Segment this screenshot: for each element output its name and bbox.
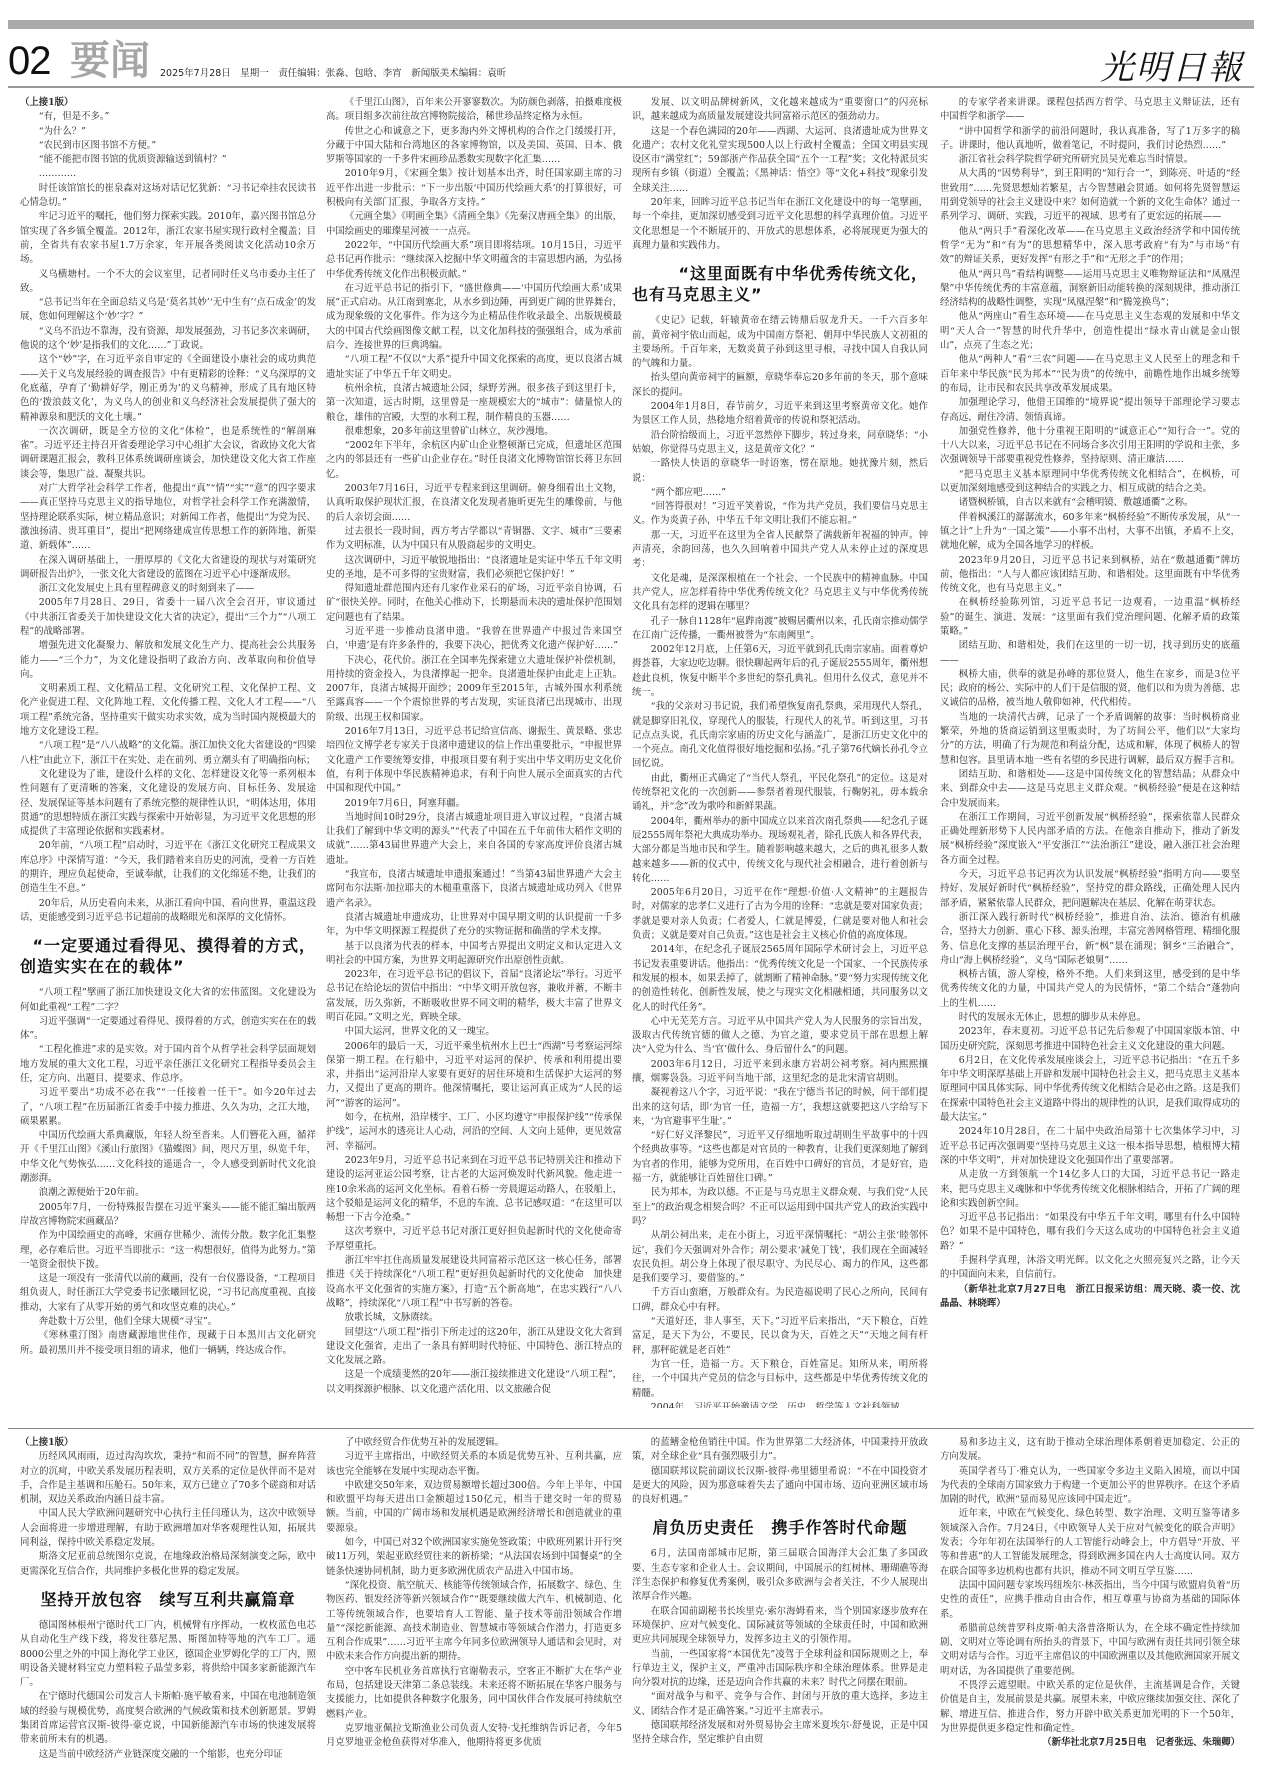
paragraph: 他从“两只手”看深化改革——在马克思主义政治经济学和中国传统哲学“无为”和“有为… — [940, 225, 1240, 268]
paragraph: 在联合国前副秘书长埃里克·索尔海姆看来，当个别国家逐步放弃在环境保护、应对气候变… — [632, 1605, 928, 1648]
paragraph: 浙江省社会科学院哲学研究所研究员吴光难忘当时情景。 — [940, 153, 1240, 167]
paragraph: 浙江深入践行新时代“枫桥经验”，推进自治、法治、德治有机融合，坚持大力创新、重心… — [940, 911, 1240, 968]
paragraph: 德国联邦经济发展和对外贸易协会主席米夏埃尔·舒曼说，正是中国坚持全球合作，坚定维… — [632, 1719, 928, 1748]
paragraph: 对广大哲学社会科学工作者，他提出“真”“情”“实”“意”的四字要求——真正坚持马… — [20, 482, 316, 553]
paragraph: “为什么？” — [20, 125, 316, 139]
article1-column-4: 的专家学者来讲课。课程包括西方哲学、马克思主义辩证法，还有中国哲学和浙学——“讲… — [940, 96, 1240, 1408]
paragraph: 牢记习近平的嘱托，他们努力探索实践。2010年，嘉兴图书馆总分馆实现了各乡镇全覆… — [20, 210, 316, 267]
paragraph: 从走放一方到领航一个14亿多人口的大国，习近平总书记一路走来，把马克思主义魂脉和… — [940, 1168, 1240, 1211]
paragraph: 从胡公祠出来，走在小街上，习近平深情嘱托：“胡公主张‘睦邻怀远’，我们今天强调对… — [632, 1229, 928, 1286]
paragraph: 增强先进文化凝聚力、解放和发展文化生产力、提高社会公共服务能力——“三个力”，为… — [20, 639, 316, 682]
paragraph: 奔赴数十万公里，他们全球大规模“寻宝”。 — [20, 1315, 316, 1329]
paragraph: 20年来，回眸习近平总书记当年在浙江文化建设中的每一笔擘画，每一个牵挂，更加深切… — [632, 196, 928, 253]
article2-column-2: 了中欧经贸合作优势互补的发展逻辑。习近平主席指出，中欧经贸关系的本质是优势互补、… — [326, 1436, 622, 1786]
paragraph: 斯洛文尼亚前总统图尔克说，在地缘政治格局深刻演变之际，欧中更需深化互信合作，共同… — [20, 1550, 316, 1579]
paragraph: 他从“两座山”看生态环境——在马克思主义生态观的发展和中华文明“天人合一”智慧的… — [940, 310, 1240, 353]
paragraph: 近年来，中欧在气候变化、绿色转型、数字治理、文明互鉴等诸多领域深入合作。7月24… — [940, 1507, 1240, 1578]
paragraph: 德国联邦议院前副议长汉斯-彼得·弗里德里希说：“不在中国投资才是更大的风险，因为… — [632, 1465, 928, 1508]
paragraph: 这是一个成绩斐然的20年——浙江接续推进文化建设“八项工程”，以文明探源护根脉、… — [326, 1368, 622, 1397]
masthead: 02 要闻 2025年7月28日 星期一 责任编辑：张淼、包晗、李宵 新闻版美术… — [8, 38, 1254, 84]
paragraph: 抬头望向黄帝祠宇的匾额，章晓华奉忘20多年前的冬天，那个意味深长的提问。 — [632, 371, 928, 400]
paragraph: 《寒林重汀图》南唐藏源地世佳作，现藏于日本黑川古文化研究所。最初黑川并不接受项目… — [20, 1329, 316, 1358]
article2-column-4: 易和多边主义，这有助于推动全球治理体系朝着更加稳定、公正的方向发展。英国学者马丁… — [940, 1436, 1240, 1786]
paragraph: 2014年，在纪念孔子诞辰2565周年国际学术研讨会上，习近平总书记发表重要讲话… — [632, 943, 928, 1014]
paragraph: 义乌横塘村。一个不大的会议室里，记者同时任义乌市委办主任了致。 — [20, 268, 316, 297]
paragraph: 从大禹的“因势利导”，到王阳明的“知行合一”，到陈亮、叶适的“经世致用”……先贤… — [940, 167, 1240, 224]
article1-col3-top: 发展、以文明品牌树新风，文化越来越成为“重要窗口”的闪亮标识，越来越成为高质量发… — [632, 96, 928, 253]
paragraph: 2024年10月28日，在二十届中央政治局第十七次集体学习中，习近平总书记再次强… — [940, 1125, 1240, 1168]
dateline: 2025年7月28日 星期一 责任编辑：张淼、包晗、李宵 新闻版美术编辑：袁昕 — [160, 65, 506, 79]
paragraph: 他从“两种人”看“三农”问题——在马克思主义人民至上的理念和千百年来中华民族“民… — [940, 353, 1240, 396]
paragraph: 回望这“八项工程”指引下所走过的这20年，浙江从建设文化大省到建设文化强省，走出… — [326, 1326, 622, 1369]
paragraph: 这个“妙”字，在习近平亲自审定的《全面建设小康社会的成功典范——关于义乌发展经验… — [20, 353, 316, 424]
paragraph: 的专家学者来讲课。课程包括西方哲学、马克思主义辩证法，还有中国哲学和浙学—— — [940, 96, 1240, 125]
article1-column-1: （上接1版） “有，但是不多。”“为什么？”“农民到市区图书馆不方便。”“能不能… — [20, 96, 316, 1408]
paragraph: 中国历代绘画大系典藏版，年轻人纷至沓来。人们簪花入画，循祥开《千里江山图》《溪山… — [20, 1129, 316, 1186]
paragraph: 习近平主席指出，中欧经贸关系的本质是优势互补、互利共赢，应该也完全能够在发展中实… — [326, 1450, 622, 1479]
paragraph: 的蓝鳍金枪鱼销往中国。作为世界第二大经济体，中国秉持开放政策，对全球企业“具有强… — [632, 1436, 928, 1465]
paragraph: 过去很长一段时间，西方考古学都以“青铜器、文字、城市”三要素作为文明标准，认为中… — [326, 525, 622, 554]
article-separator — [8, 1428, 1254, 1429]
paragraph: 中国人民大学欧洲问题研究中心执行主任闫瑾认为，这次中欧领导人会面将进一步增进理解… — [20, 1507, 316, 1550]
article2-col1-bottom: 德国图林根州宁德时代工厂内，机械臂有序挥动，一枚枚蓝色电芯从自动化生产线下线，将… — [20, 1619, 316, 1762]
paragraph: 2022年，“中国历代绘画大系”项目即将结项。10月15日，习近平总书记再作批示… — [326, 239, 622, 282]
paragraph: “深化投资、航空航天、核能等传统领域合作，拓展数字、绿色、生物医药、银发经济等新… — [326, 1579, 622, 1665]
article1-heading-1: “一定要通过看得见、摸得着的方式， 创造实实在在的载体” — [20, 935, 316, 977]
paragraph: 了中欧经贸合作优势互补的发展逻辑。 — [326, 1436, 622, 1450]
paragraph: 习近平要出“功成不必在我”“一任接着一任干”。如今20年过去了，“八项工程”在历… — [20, 1086, 316, 1129]
paragraph: “面对战争与和平、竞争与合作、封闭与开放的重大选择，多边主义、团结合作才是正确答… — [632, 1690, 928, 1719]
paragraph: 如今，中国已对32个欧洲国家实施免签政策；中欧班列累计开行突破11万列，架起亚欧… — [326, 1536, 622, 1579]
paragraph: 6月，法国南部城市尼斯，第三届联合国海洋大会汇集了多国政要、生态专家和企业人士。… — [632, 1547, 928, 1604]
masthead-rule — [8, 86, 1254, 88]
paragraph: 基于以良渚为代表的样本，中国考古界提出文明定义和认定进入文明社会的中国方案，为世… — [326, 940, 622, 969]
paragraph: 良渚古城遗址申遗成功，让世界对中国早期文明的认识提前一千多年，为中华文明探源工程… — [326, 911, 622, 940]
paragraph: 文化是魂，是深深根植在一个社会、一个民族中的精神血脉。中国共产党人，应怎样看待中… — [632, 572, 928, 615]
paragraph: “2002年下半年，余杭区内矿山企业整顿渐已完成，但遗址区范围之内的邻县还有一些… — [326, 439, 622, 482]
paragraph: 很难想象，20多年前这里曾矿山林立，灰沙漫地。 — [326, 425, 622, 439]
paragraph: 在浙江工作期间，习近平创新发展“枫桥经验”，探索依靠人民群众正确处理新形势下人民… — [940, 811, 1240, 868]
paragraph: 克罗地亚佩拉戈斯渔业公司负责人安特·戈托维纳告诉记者，今年5月克罗地亚金枪鱼获得… — [326, 1722, 622, 1751]
article2-col1-top: 历经风风雨雨，迈过沟沟坎坎，秉持“和而不同”的智慧，摒弃阵营对立的沉疴，中欧关系… — [20, 1450, 316, 1579]
paragraph: 习近平总书记指出：“如果没有中华五千年文明，哪里有什么中国特色？如果不是中国特色… — [940, 1211, 1240, 1254]
paragraph: 浙江文化发展史上具有里程碑意义的时刻到来了—— — [20, 582, 316, 596]
paragraph: 这是当前中欧经济产业链深度交融的一个缩影，也充分印证 — [20, 1748, 316, 1762]
paragraph: 作为中国绘画史的高峰，宋画存世稀少、流传分散。数字化汇集整理，必存难后世。习近平… — [20, 1229, 316, 1272]
paragraph: 这是一个春色满园的20年——西湖、大运河、良渚遗址成为世界文化遗产；农村文化礼堂… — [632, 125, 928, 196]
paragraph: “有，但是不多。” — [20, 110, 316, 124]
paragraph: “我的父亲对习书记说，我们希望恢复南孔祭典，采用现代人祭孔，就是脚穿旧礼仪，穿现… — [632, 700, 928, 771]
paragraph: 易和多边主义，这有助于推动全球治理体系朝着更加稳定、公正的方向发展。 — [940, 1436, 1240, 1465]
paragraph: 加强党性修养，他十分重视王阳明的“诚意正心”“知行合一”。党的十八大以来，习近平… — [940, 425, 1240, 468]
paragraph: 时代的发展永无休止，思想的脚步从未停息。 — [940, 1011, 1240, 1025]
paragraph: 今天，习近平总书记再次为认识发展“枫桥经验”指明方向——要坚持好、发展好新时代“… — [940, 868, 1240, 911]
paragraph: 当地的一块清代古碑，记录了一个矛盾调解的故事：当时枫桥商业繁荣，外地的货商运销到… — [940, 711, 1240, 768]
paragraph: 《史记》记载，轩辕黄帝在缙云铸鼎后驭龙升天。一千六百多年前，黄帝祠宇依山而起，成… — [632, 314, 928, 371]
paragraph: 2003年6月12日，习近平来到永康方岩胡公祠考察。祠内熙熙攘攘，烟雾袅袅。习近… — [632, 1058, 928, 1087]
paragraph: 凝视着这八个字，习近平说：“我在宁德当书记的时候，问干部们提出来的这句话，即‘为… — [632, 1086, 928, 1129]
paragraph: 2003年7月16日，习近平专程来到这里调研。俯身细看出土文物，认真听取保护现状… — [326, 482, 622, 525]
article2-col4-body: 易和多边主义，这有助于推动全球治理体系朝着更加稳定、公正的方向发展。英国学者马丁… — [940, 1436, 1240, 1736]
top-color-bar — [8, 20, 1254, 29]
newspaper-logo: 光明日報 — [1100, 40, 1244, 89]
paragraph: “讲中国哲学和浙学的前沿问题时，我认真准备，写了1万多字的稿子。讲课时，他认真地… — [940, 125, 1240, 154]
paragraph: 在习近平总书记的指引下，“盛世修典——‘中国历代绘画大系’成果展”正式启动。从江… — [326, 282, 622, 353]
paragraph: 20年后，从历史看向未来，从浙江看向中国、看向世界，重温这段话，更能感受到习近平… — [20, 897, 316, 926]
paragraph: 浙江牢牢扛住高质量发展建设共同富裕示范区这一核心任务，部署推进《关于持续深化“八… — [326, 1254, 622, 1311]
article1-byline: （新华社北京7月27日电 浙江日报采访组：周天晓、裘一佼、沈晶晶、林晓晖） — [940, 1283, 1240, 1312]
article2-byline: （新华社北京7月25日电 记者张远、朱瑞卿） — [940, 1736, 1240, 1750]
paragraph: 这是一项没有一张清代以前的藏画，没有一台仪器设备，“工程项目组负责人，时任浙江大… — [20, 1272, 316, 1315]
paragraph: 当前，一些国家将“本国优先”凌驾于全球利益和国际规则之上，奉行单边主义，保护主义… — [632, 1648, 928, 1691]
article1-heading-2: “这里面既有中华优秀传统文化， 也有马克思主义” — [632, 263, 928, 305]
article1-col1-top: “有，但是不多。”“为什么？”“农民到市区图书馆不方便。”“能不能把市图书馆的优… — [20, 110, 316, 925]
paragraph: 2006年的最后一天，习近平乘坐杭州水上巴士“西湖”号考察运河综保第一期工程。在… — [326, 1040, 622, 1111]
paragraph: 2004年，衢州举办的新中国成立以来首次南孔祭典——纪念孔子诞辰2555周年祭祀… — [632, 815, 928, 886]
continued-label: （上接1版） — [20, 96, 316, 110]
paragraph: 习近平进一步推动良渚申遗。“我曾在世界遗产中报过告来国空白，‘申遗’是有许多条件… — [326, 625, 622, 654]
paragraph: 2005年7月28日、29日，省委十一届八次全会召开，审议通过《中共浙江省委关于… — [20, 596, 316, 639]
paragraph: 20年前，“八项工程”启动时，习近平在《浙江文化研究工程成果文库总序》中深情写道… — [20, 839, 316, 896]
paragraph: “八项工程”不仅以“大系”提升中国文化探索的高度，更以良渚古城遗址实证了中华五千… — [326, 353, 622, 382]
article1-column-2: 《千里江山图》，百年来公开寥寥数次。为防颜色剥落，拍摄难度极高。项目组多次前往故… — [326, 96, 622, 1408]
article1-col4-body: 的专家学者来讲课。课程包括西方哲学、马克思主义辩证法，还有中国哲学和浙学——“讲… — [940, 96, 1240, 1283]
article1-column-3: 发展、以文明品牌树新风，文化越来越成为“重要窗口”的闪亮标识，越来越成为高质量发… — [632, 96, 928, 1408]
paragraph: “总书记当年在全面总结义乌是‘莫名其妙’‘无中生有’‘点石成金’的发展，您如何理… — [20, 296, 316, 325]
paragraph: “好仁好义泽黎民”，习近平又仔细地听取过胡则生平故事中的十四个经典故事等。“这些… — [632, 1129, 928, 1186]
paragraph: 历经风风雨雨，迈过沟沟坎坎，秉持“和而不同”的智慧，摒弃阵营对立的沉疴，中欧关系… — [20, 1450, 316, 1507]
paragraph: 2004年1月8日，春节前夕，习近平来到这里考察黄帝文化。她作为景区工作人员，热… — [632, 400, 928, 429]
paragraph: 空中客车民机业务首席执行官谢勒表示，空客正不断扩大在华产业布局，包括建设天津第二… — [326, 1665, 622, 1722]
article1-col3-bottom: 《史记》记载，轩辕黄帝在缙云铸鼎后驭龙升天。一千六百多年前，黄帝祠宇依山而起，成… — [632, 314, 928, 1408]
paragraph: 不畏浮云遮望眼。中欧关系的定位是伙伴，主流基调是合作，关键价值是自主，发展前景是… — [940, 1679, 1240, 1736]
paragraph: 诸暨枫桥镇，自古以来就有“会稽明镜、敷越通衢”之称。 — [940, 496, 1240, 510]
article2-col3-top: 的蓝鳍金枪鱼销往中国。作为世界第二大经济体，中国秉持开放政策，对全球企业“具有强… — [632, 1436, 928, 1507]
paragraph: 这次考察中，习近平总书记对浙江更好担负起新时代的文化使命寄予厚望重托。 — [326, 1225, 622, 1254]
paragraph: 2004年，习近平开始邀请文学、历史、哲学等人文社科领域 — [632, 1401, 928, 1408]
paragraph: 文明素质工程、文化精品工程、文化研究工程、文化保护工程、文化产业促进工程、文化阵… — [20, 682, 316, 739]
article2-heading-1: 坚持开放包容 续写互利共赢篇章 — [20, 1589, 316, 1610]
paragraph: 希腊前总统普罗科皮斯·帕夫洛普洛斯认为，在全球不确定性持续加剧、文明对立等论调有… — [940, 1622, 1240, 1679]
paragraph: 时任该馆馆长的崔泉森对这场对话记忆犹新：“习书记牵挂农民读书心情急切。” — [20, 182, 316, 211]
paragraph: “八项工程”是“八八战略”的文化篇。浙江加快文化大省建设的“四梁八柱”由此立下，… — [20, 739, 316, 768]
paragraph: 如今，在杭州，沿岸楼宇、工厂、小区均遵守“申报保护线”“传承保护线”，运河水的透… — [326, 1111, 622, 1154]
paragraph: 英国学者马丁·雅克认为，一些国家令多边主义陷入困境，而以中国为代表的全球南方国家… — [940, 1465, 1240, 1508]
paragraph: 2023年9月20日，习近平总书记来到枫桥，站在“敷越通衢”牌坊前，他指出：“人… — [940, 554, 1240, 597]
paragraph: 2019年7月6日，阿塞拜疆。 — [326, 797, 622, 811]
paragraph: 2010年9月，《宋画全集》按计划基本出齐，时任国家副主席的习近平作出进一步批示… — [326, 167, 622, 210]
paragraph: 为官一任，造福一方。天下粮仓，百姓富足。知所从来，明所将往，一个中国共产党员的信… — [632, 1358, 928, 1401]
paragraph: 习近平强调“一定要通过看得见、摸得着的方式，创造实实在在的载体”。 — [20, 1015, 316, 1044]
paragraph: 2023年，春末夏初。习近平总书记先后参观了中国国家版本馆、中国历史研究院，深刻… — [940, 1025, 1240, 1054]
article2-column-1: （上接1版） 历经风风雨雨，迈过沟沟坎坎，秉持“和而不同”的智慧，摒弃阵营对立的… — [20, 1436, 316, 1786]
paragraph: 在枫桥经验陈列馆，习近平总书记一边观看，一边重温“枫桥经验”的诞生、演进、发展：… — [940, 596, 1240, 639]
paragraph: 中欧建交50年来，双边贸易额增长超过300倍。今年上半年，中国和欧盟平均每天进出… — [326, 1479, 622, 1536]
paragraph: 他从“两只鸟”看结构调整——运用马克思主义唯物辩证法和“凤凰涅槃”中华传统优秀的… — [940, 268, 1240, 311]
paragraph: 文化建设为了谁，建设什么样的文化、怎样建设文化等一系列根本性问题有了更清晰的答案… — [20, 768, 316, 839]
article2-col3-bottom: 6月，法国南部城市尼斯，第三届联合国海洋大会汇集了多国政要、生态专家和企业人士。… — [632, 1547, 928, 1747]
paragraph: 2016年7月13日，习近平总书记给宣信高、谢振生、黄景略、张忠培四位文博学老专… — [326, 725, 622, 796]
paragraph: 团结互助、和谐相处，我们在这里的一切一切，找寻到历史的底蕴—— — [940, 639, 1240, 668]
paragraph: 千方百山蛮磨，万般群众有。为民造福说明了民心之所向，民间有口碑，群众心中有秤。 — [632, 1286, 928, 1315]
paragraph: 《千里江山图》，百年来公开寥寥数次。为防颜色剥落，拍摄难度极高。项目组多次前往故… — [326, 96, 622, 125]
page-number: 02 — [8, 38, 51, 84]
article1-col1-bottom: “八项工程”擘画了浙江加快建设文化大省的宏伟蓝图。文化建设为何如此重视“工程”二… — [20, 986, 316, 1358]
paragraph: 传世之心和诚意之下，更多海内外文博机构的合作之门缓缓打开，分藏于中国大陆和台湾地… — [326, 125, 622, 168]
paragraph: 得知遗址群范围内还有几家作业采石的矿场，习近平亲自协调，石矿“很快关停。同时，在… — [326, 582, 622, 625]
paragraph: 枫桥大庙，供奉的就是孙峰的那位贤人，他生在家乡，而是3位平民；政府的杨公、实际中… — [940, 668, 1240, 711]
paragraph: 民为邦本，为政以德。不正是与马克思主义群众观、与我们党“人民至上”的政治观念相契… — [632, 1186, 928, 1229]
paragraph: 团结互助、和谐相处——这是中国传统文化的智慧结晶；从群众中来、到群众中去——这是… — [940, 768, 1240, 811]
paragraph: “把马克思主义基本原理同中华优秀传统文化相结合”，在枫桥，可以更加深刻地感受到这… — [940, 468, 1240, 497]
paragraph: 枫桥古镇，游人穿梭，格外不绝。人们来到这里，感受到的是中华优秀传统文化的力量，中… — [940, 968, 1240, 1011]
paragraph: 一次次调研，既是全方位的文化“体检”，也是系统性的“解剖麻雀”。习近平还主持召开… — [20, 425, 316, 482]
paragraph: “义乌不沿边不靠海，没有资源，却发展强劲，习书记多次来调研，他说的这个‘妙’是指… — [20, 325, 316, 354]
paragraph: 心中无芜芜方言。习近平从中国共产党人为人民服务的宗旨出发，汲取古代传统官德的做人… — [632, 1015, 928, 1058]
paragraph: 一路快人快语的章晓华一时语塞，愣在原地。她扰豫片刻，然后说： — [632, 457, 928, 486]
paragraph: 2023年，在习近平总书记的倡议下，首届“良渚论坛”举行。习近平总书记在给论坛的… — [326, 968, 622, 1025]
paragraph: “工程化推进”求的是实效。对于国内首个从哲学社会科学层面规划地方发展的重大文化工… — [20, 1043, 316, 1086]
article2-heading-2: 肩负历史责任 携手作答时代命题 — [632, 1517, 928, 1538]
paragraph: “能不能把市图书馆的优质资源输送到镇村？” — [20, 153, 316, 167]
paragraph: 2005年7月，一份特殊报告摆在习近平案头——能不能汇编出版两岸故宫博物院宋画藏… — [20, 1201, 316, 1230]
paragraph: 伴着枫溪江的潺潺流水，60多年来“枫桥经验”不断传承发展，从“一镇之计”上升为“… — [940, 511, 1240, 554]
paragraph: 沿台阶拾级而上，习近平忽然停下脚步，转过身来，问章晓华：“小姑娘，你觉得马克思主… — [632, 429, 928, 458]
paragraph: 由此，衢州正式确定了“当代人祭孔，平民化祭孔”的定位。这是对传统祭祀文化的一次创… — [632, 772, 928, 815]
paragraph: “农民到市区图书馆不方便。” — [20, 139, 316, 153]
paragraph: 法国中国问题专家埃玛纽埃尔·林茨指出，当今中国与欧盟肩负着“历史性的责任”，应携… — [940, 1579, 1240, 1622]
paragraph: 放歌长城，文脉赓续。 — [326, 1311, 622, 1325]
paragraph: ………… — [20, 167, 316, 181]
paragraph: 那一天，习近平在这里为全省人民献祭了满载新年祝福的钟声。钟声清亮，余韵回荡，也久… — [632, 529, 928, 572]
paragraph: “回答得很对！”习近平笑着说，“作为共产党员，我们要信马克思主义。作为炎黄子孙，… — [632, 500, 928, 529]
paragraph: 下决心，花代价。浙江在全国率先探索建立大遗址保护补偿机制，用持续的资金投入，为良… — [326, 654, 622, 725]
paragraph: 在宁德时代德国公司发言人卡斯帕·施平敏看来，中国在电池制造领域的经验与规模优势，… — [20, 1690, 316, 1747]
paragraph: 2002年12月底，上任第6天，习近平就到孔氏南宗家庙。面着尊炉拇荟暮，大家边吃… — [632, 643, 928, 700]
paragraph: 手握科学真理，沐浴文明光辉。以文化之火照亮复兴之路，让今天的中国面向未来，自信前… — [940, 1254, 1240, 1283]
paragraph: “八项工程”擘画了浙江加快建设文化大省的宏伟蓝图。文化建设为何如此重视“工程”二… — [20, 986, 316, 1015]
paragraph: 中国大运河，世界文化的又一瑰宝。 — [326, 1025, 622, 1039]
section-title: 要闻 — [70, 38, 150, 84]
continued-label-2: （上接1版） — [20, 1436, 316, 1450]
paragraph: 杭州余杭，良渚古城遗址公园，绿野芳洲。很多孩子到这里打卡，第一次知道，远古时期，… — [326, 382, 622, 425]
paragraph: 发展、以文明品牌树新风，文化越来越成为“重要窗口”的闪亮标识，越来越成为高质量发… — [632, 96, 928, 125]
paragraph: 2023年9月，习近平总书记来到在习近平总书记特别关注和推动下建设的运河亚运公园… — [326, 1154, 622, 1225]
paragraph: 孔子一脉自1128年“扈跸南渡”被赐居衢州以来，孔氏南宗推动儒学在江南广泛传播，… — [632, 615, 928, 644]
paragraph: 6月2日，在文化传承发展座谈会上，习近平总书记指出：“在五千多年中华文明深厚基础… — [940, 1054, 1240, 1125]
paragraph: “我宣布，良渚古城遗址申遗报案通过！”当第43届世界遗产大会主席阿布尔法斯·加拉… — [326, 868, 622, 911]
paragraph: 当地时间10时29分，良渚古城遗址项目进入审议过程，“良渚古城让我们了解到中华文… — [326, 811, 622, 868]
paragraph: 加强理论学习，他借王国维的“境界说”提出领导干部理论学习要志存高远、耐住冷清、领… — [940, 396, 1240, 425]
paragraph: 德国图林根州宁德时代工厂内，机械臂有序挥动，一枚枚蓝色电芯从自动化生产线下线，将… — [20, 1619, 316, 1690]
paragraph: “两个都应吧……” — [632, 486, 928, 500]
paragraph: 2005年6月20日，习近平在作“理想·价值·人文精神”的主题报告时，对儒家的忠… — [632, 886, 928, 943]
paragraph: 这次调研中，习近平敏锐地指出：“良渚遗址是实证中华五千年文明史的圣地，是不可多得… — [326, 554, 622, 583]
paragraph: 《元画全集》《明画全集》《清画全集》《先秦汉唐画全集》的出版，中国绘画史的璀璨星… — [326, 210, 622, 239]
article2-column-3: 的蓝鳍金枪鱼销往中国。作为世界第二大经济体，中国秉持开放政策，对全球企业“具有强… — [632, 1436, 928, 1786]
paragraph: “天道好还，非人事至，天下。”习近平后来指出，“天下粮仓，百姓富足，是天下为公，… — [632, 1315, 928, 1358]
paragraph: 在深入调研基础上，一册厚厚的《文化大省建设的现状与对策研究调研报告出炉》，一张文… — [20, 554, 316, 583]
paragraph: 浪潮之源便始于20年前。 — [20, 1186, 316, 1200]
